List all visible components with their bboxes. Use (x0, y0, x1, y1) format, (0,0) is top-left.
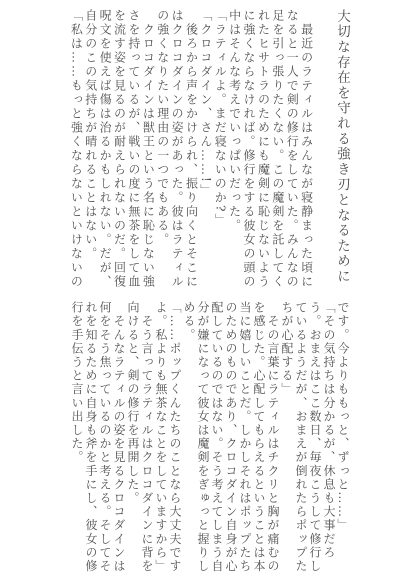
text-line: 何をそう焦っているのかと考える。そしてそ (99, 301, 111, 573)
text-line: そう言ってラティルはクロコダインに背を (141, 301, 153, 573)
text-line: です。今よりももっと、ずっと……」 (337, 301, 349, 573)
text-line: れたヒサトラのためにも魔剣に恥じないよう (257, 9, 269, 289)
text-line: 分が嫌になって彼女は魔剣をぎゅっと握りし (197, 301, 209, 573)
text-line: 呪文を使えば傷は治るかもしれない。だが、 (99, 9, 111, 289)
text-line: そんなラティルの姿を見るクロコダインは (113, 301, 125, 573)
text-line: 「その気持ちは分かるが、休息も大事だろ (323, 301, 335, 573)
text-line: を流す姿を見るのが耐えられないのだ。回復 (114, 9, 126, 289)
text-line: 「ラティルよ。まだ寝ないのか?」 (214, 9, 226, 289)
text-line: よ。私よりも無茶なことをしていますから」 (155, 301, 167, 573)
text-line: 「……ポップくんたちのことなら大丈夫です (169, 301, 181, 573)
text-line: 中はそんな考えでいっぱいだった。 (229, 9, 241, 289)
text-line: 行を手伝うと言い出した。 (71, 301, 83, 573)
text-line: その言葉にラティルはチクリと胸が痛むの (267, 301, 279, 573)
text-line: める。 (183, 301, 195, 573)
text-line: 当に嬉しいことだ。しかしそれはポップたち (239, 301, 251, 573)
text-line: を感じた。心配してもらえるということは本 (253, 301, 265, 573)
text-line: 「私は……もっと強くならないといけないの (70, 9, 82, 289)
page-title: 大切な存在を守れる強き刃となるために (335, 9, 349, 291)
text-line: ているようだが、おまえが倒れたらポップた (295, 301, 307, 573)
text-line: に強くならなければ。修行をする彼女の頭の (243, 9, 255, 289)
text-line: さを持っているが、戦いの度に無茶をして血 (128, 9, 140, 289)
text-line: 最近のラティルはみんなが寝静まった頃に (301, 9, 313, 289)
text-line: ちが心配する」 (281, 301, 293, 573)
text-line: 足を引っ張りたくない。この魔剣を託してく (272, 9, 284, 289)
text-line: のためのものであり、クロコダイン自身が心 (225, 301, 237, 573)
bottom-text-block: です。今よりももっと、ずっと……」「その気持ちは分かるが、休息も大事だろう。おま… (69, 301, 351, 573)
text-line: 配しているのではない。そう考えてしまう自 (211, 301, 223, 573)
text-line: の強くなりたい理由の一つでもある。 (157, 9, 169, 289)
text-line: クロコダインは獣王という名に恥じない強 (142, 9, 154, 289)
text-line: れを知るために自身も斧を手にし、彼女の修 (85, 301, 97, 573)
top-text-block: 最近のラティルはみんなが寝静まった頃になると一人で剣の修行をしていた。みんなの足… (68, 9, 315, 289)
text-line: 自分のこの気持ちが晴れることはない。 (85, 9, 97, 289)
text-line: 後ろから声をかけられ、振り向くとそこに (185, 9, 197, 289)
novel-page: 大切な存在を守れる強き刃となるために 最近のラティルはみんなが寝静まった頃になる… (0, 0, 397, 577)
text-line: はクロコダインの姿があった。彼はラティル (171, 9, 183, 289)
text-line: 向けると、剣の修行を再開した。 (127, 301, 139, 573)
text-line: なると一人で剣の修行をしていた。みんなの (286, 9, 298, 289)
text-line: う。おまえはここ数日、毎夜こうして修行し (309, 301, 321, 573)
text-line: 「クロコダイン、さん……!」 (200, 9, 212, 289)
